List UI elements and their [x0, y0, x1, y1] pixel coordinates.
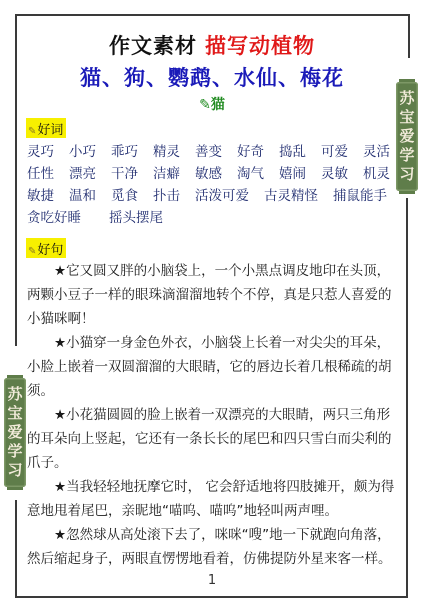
stamp-char: 宝: [4, 404, 26, 423]
word: 灵巧: [27, 141, 54, 163]
word: 小巧: [69, 141, 96, 163]
word: 洁癖: [153, 163, 180, 185]
title-highlight: 描写动植物: [205, 34, 315, 58]
page-number: 1: [0, 573, 424, 588]
page-title: 作文素材描写动植物: [0, 30, 424, 60]
border-right-lower: [406, 198, 408, 598]
word-row: 敏捷温和觅食扑击活泼可爱古灵精怪捕鼠能手: [27, 185, 407, 207]
word: 干净: [111, 163, 138, 185]
word: 扑击: [153, 185, 180, 207]
stamp-char: 苏: [396, 89, 418, 108]
good-sentences-label: 好句: [37, 243, 63, 258]
word: 温和: [69, 185, 96, 207]
stamp-char: 爱: [4, 423, 26, 442]
section-label: 猫: [211, 97, 225, 113]
stamp-char: 学: [4, 442, 26, 461]
word: 善变: [195, 141, 222, 163]
word: 贪吃好睡: [27, 207, 81, 229]
pencil-icon: ✎: [199, 97, 211, 113]
word: 敏捷: [27, 185, 54, 207]
sentence-4: ★当我轻轻地抚摩它时， 它会舒适地将四肢摊开，颇为得意地甩着尾巴，亲昵地“喵呜、…: [27, 475, 395, 523]
word: 灵敏: [321, 163, 348, 185]
stamp-right: 苏 宝 爱 学 习: [396, 82, 418, 191]
stamp-char: 学: [396, 146, 418, 165]
stamp-char: 宝: [396, 108, 418, 127]
sentence-text: ★小猫穿一身金色外衣，小脑袋上长着一对尖尖的耳朵，小脸上嵌着一双圆溜溜的大眼睛，…: [27, 335, 392, 399]
word: 嬉闹: [279, 163, 306, 185]
word: 活泼可爱: [195, 185, 249, 207]
word: 精灵: [153, 141, 180, 163]
good-sentences-tag: ✎好句: [26, 238, 66, 258]
good-words-tag: ✎好词: [26, 118, 66, 138]
stamp-char: 苏: [4, 385, 26, 404]
word: 捕鼠能手: [333, 185, 387, 207]
page-subtitle: 猫、狗、鹦鹉、水仙、梅花: [0, 62, 424, 92]
good-words-list: 灵巧小巧乖巧精灵善变好奇捣乱可爱灵活 任性漂亮干净洁癖敏感淘气嬉闹灵敏机灵 敏捷…: [27, 141, 407, 229]
word: 机灵: [363, 163, 390, 185]
title-prefix: 作文素材: [109, 34, 197, 58]
word: 淘气: [237, 163, 264, 185]
word: 古灵精怪: [264, 185, 318, 207]
stamp-left: 苏 宝 爱 学 习: [4, 378, 26, 487]
sentence-2: ★小猫穿一身金色外衣，小脑袋上长着一对尖尖的耳朵，小脸上嵌着一双圆溜溜的大眼睛，…: [27, 331, 395, 403]
sentence-text: ★它又圆又胖的小脑袋上，一个小黑点调皮地印在头顶，两颗小豆子一样的眼珠滴溜溜地转…: [27, 263, 392, 327]
sentence-text: ★忽然球从高处滚下去了，咪咪“嗖”地一下就跑向角落，然后缩起身子，两眼直愣愣地看…: [27, 527, 392, 567]
word: 漂亮: [69, 163, 96, 185]
word: 捣乱: [279, 141, 306, 163]
border-bottom: [15, 596, 408, 598]
word-row: 灵巧小巧乖巧精灵善变好奇捣乱可爱灵活: [27, 141, 407, 163]
stamp-char: 习: [4, 461, 26, 480]
stamp-char: 爱: [396, 127, 418, 146]
pencil-icon: ✎: [28, 246, 36, 257]
sentence-text: ★小花猫圆圆的脸上嵌着一双漂亮的大眼睛，两只三角形的耳朵向上竖起，它还有一条长长…: [27, 407, 392, 471]
word: 好奇: [237, 141, 264, 163]
pencil-icon: ✎: [28, 126, 36, 137]
sentence-5: ★忽然球从高处滚下去了，咪咪“嗖”地一下就跑向角落，然后缩起身子，两眼直愣愣地看…: [27, 523, 395, 571]
word-row: 贪吃好睡摇头摆尾: [27, 207, 407, 229]
word: 觅食: [111, 185, 138, 207]
section-heading: ✎猫: [0, 94, 424, 114]
word: 敏感: [195, 163, 222, 185]
sentence-text: ★当我轻轻地抚摩它时， 它会舒适地将四肢摊开，颇为得意地甩着尾巴，亲昵地“喵呜、…: [27, 479, 394, 519]
word: 乖巧: [111, 141, 138, 163]
word: 摇头摆尾: [109, 207, 163, 229]
word: 可爱: [321, 141, 348, 163]
stamp-char: 习: [396, 165, 418, 184]
sentence-3: ★小花猫圆圆的脸上嵌着一双漂亮的大眼睛，两只三角形的耳朵向上竖起，它还有一条长长…: [27, 403, 395, 475]
good-words-label: 好词: [37, 123, 63, 138]
word: 灵活: [363, 141, 390, 163]
word-row: 任性漂亮干净洁癖敏感淘气嬉闹灵敏机灵: [27, 163, 407, 185]
sentence-1: ★它又圆又胖的小脑袋上，一个小黑点调皮地印在头顶，两颗小豆子一样的眼珠滴溜溜地转…: [27, 259, 395, 331]
word: 任性: [27, 163, 54, 185]
border-top: [15, 14, 410, 16]
